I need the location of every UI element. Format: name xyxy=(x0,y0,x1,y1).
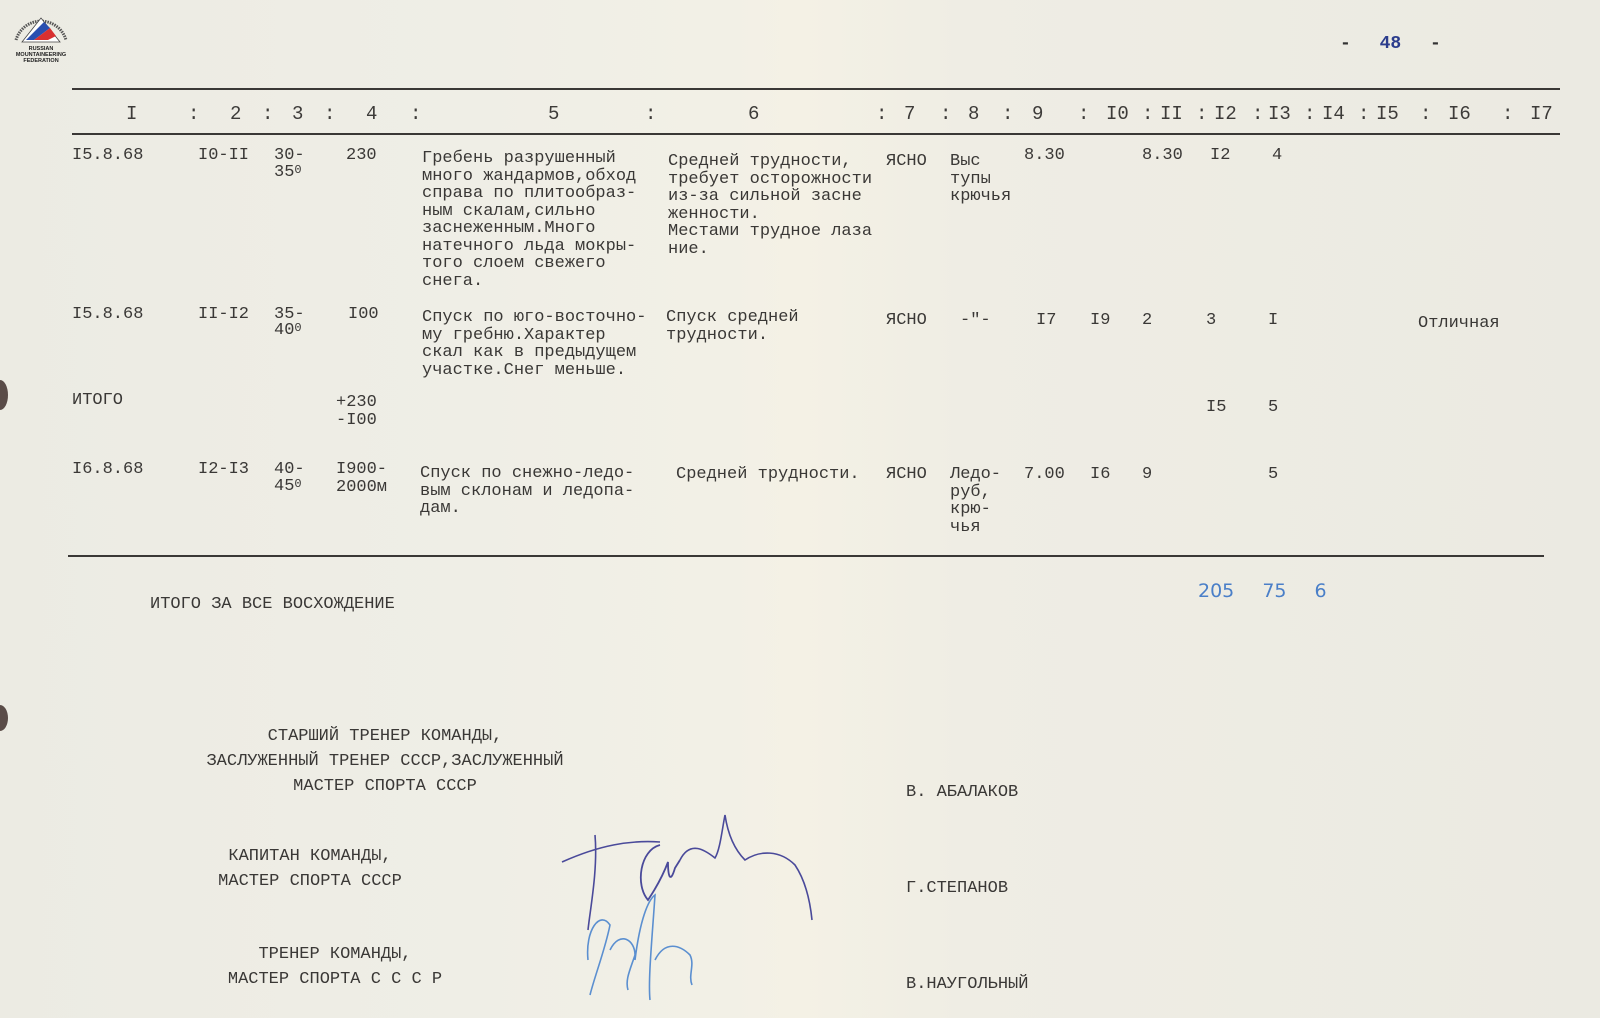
cell-date: I5.8.68 xyxy=(72,147,143,165)
dash: - xyxy=(1340,34,1351,54)
cell-length: 230 xyxy=(346,147,377,165)
grand-total-label: ИТОГО ЗА ВСЕ ВОСХОЖДЕНИЕ xyxy=(150,596,395,614)
col-header: 4 xyxy=(366,103,377,125)
cell-equipment: -"- xyxy=(960,312,991,330)
page-number: - 48 - xyxy=(1340,34,1441,54)
cell-subtotal-label: ИТОГО xyxy=(72,392,123,410)
cell-section: II-I2 xyxy=(198,306,249,324)
federation-logo: RUSSIAN MOUNTAINEERING FEDERATION xyxy=(8,10,74,64)
cell-col9: I7 xyxy=(1036,312,1056,330)
cell-col13: 5 xyxy=(1268,399,1278,417)
cell-col10: I6 xyxy=(1090,466,1110,484)
cell-col12: I5 xyxy=(1206,399,1226,417)
signatory-name: В. АБАЛАКОВ xyxy=(906,780,1018,805)
cell-steepness-top: 30- xyxy=(274,147,305,165)
cell-section: I2-I3 xyxy=(198,461,249,479)
col-header: 8 xyxy=(968,103,979,125)
cell-section: I0-II xyxy=(198,147,249,165)
cell-col12: 3 xyxy=(1206,312,1216,330)
cell-col11: 8.30 xyxy=(1142,147,1183,165)
handwritten-total: 6 xyxy=(1315,580,1327,602)
cell-weather: ЯСНО xyxy=(886,312,927,330)
handwritten-total: 205 xyxy=(1198,580,1234,602)
cell-col11: 9 xyxy=(1142,466,1152,484)
cell-difficulty: Средней трудности, требует осторожности … xyxy=(668,153,872,258)
col-header: I7 xyxy=(1530,103,1553,125)
cell-col13: I xyxy=(1268,312,1278,330)
signatory-title: ТРЕНЕР КОМАНДЫ, МАСТЕР СПОРТА С С С Р xyxy=(220,942,450,992)
cell-steepness-bottom: 450 xyxy=(274,478,302,496)
cell-steepness-bottom: 400 xyxy=(274,322,302,340)
col-header: I xyxy=(126,103,137,125)
col-header: II xyxy=(1160,103,1183,125)
cell-length: +230 -I00 xyxy=(336,394,377,429)
signatory-name: Г.СТЕПАНОВ xyxy=(906,876,1008,901)
page-number-value: 48 xyxy=(1380,34,1402,54)
table-top-rule xyxy=(72,88,1560,90)
cell-date: I5.8.68 xyxy=(72,306,143,324)
signatures-icon xyxy=(540,790,830,1010)
header-bottom-rule xyxy=(72,133,1560,135)
cell-col12: I2 xyxy=(1210,147,1230,165)
handwritten-total: 75 xyxy=(1262,580,1286,602)
cell-col10: I9 xyxy=(1090,312,1110,330)
cell-description: Гребень разрушенный много жандармов,обхо… xyxy=(422,150,636,290)
cell-difficulty: Средней трудности. xyxy=(676,466,860,484)
cell-length: I900- 2000м xyxy=(336,461,387,496)
col-header: 6 xyxy=(748,103,759,125)
cell-description: Спуск по снежно-ледо- вым склонам и ледо… xyxy=(420,465,634,518)
cell-weather: ЯСНО xyxy=(886,466,927,484)
punch-hole xyxy=(0,705,8,731)
cell-difficulty: Спуск средней трудности. xyxy=(666,309,799,344)
cell-date: I6.8.68 xyxy=(72,461,143,479)
col-header: I0 xyxy=(1106,103,1129,125)
cell-description: Спуск по юго-восточно- му гребню.Характе… xyxy=(422,309,646,379)
col-header: 2 xyxy=(230,103,241,125)
mountain-logo-icon xyxy=(8,10,74,50)
cell-col13: 4 xyxy=(1272,147,1282,165)
cell-col16: Отличная xyxy=(1418,315,1500,333)
cell-col9: 8.30 xyxy=(1024,147,1065,165)
cell-length: I00 xyxy=(348,306,379,324)
col-header: I5 xyxy=(1376,103,1399,125)
punch-hole xyxy=(0,380,8,410)
cell-steepness-bottom: 350 xyxy=(274,164,302,182)
dash: - xyxy=(1430,34,1441,54)
col-header: I6 xyxy=(1448,103,1471,125)
cell-equipment: Выс тупы крючья xyxy=(950,153,1011,206)
cell-col13: 5 xyxy=(1268,466,1278,484)
signatory-title: СТАРШИЙ ТРЕНЕР КОМАНДЫ, ЗАСЛУЖЕННЫЙ ТРЕН… xyxy=(195,724,575,799)
col-header: 5 xyxy=(548,103,559,125)
handwritten-totals: 205 75 6 xyxy=(1198,580,1327,602)
cell-col11: 2 xyxy=(1142,312,1152,330)
col-header: I3 xyxy=(1268,103,1291,125)
document-page: RUSSIAN MOUNTAINEERING FEDERATION - 48 -… xyxy=(0,0,1600,1018)
col-header: I2 xyxy=(1214,103,1237,125)
col-header: I4 xyxy=(1322,103,1345,125)
table-bottom-rule xyxy=(68,555,1544,557)
logo-line: FEDERATION xyxy=(8,58,74,64)
col-header: 7 xyxy=(904,103,915,125)
signatory-name: В.НАУГОЛЬНЫЙ xyxy=(906,972,1028,997)
cell-col9: 7.00 xyxy=(1024,466,1065,484)
cell-weather: ЯСНО xyxy=(886,153,927,171)
col-header: 9 xyxy=(1032,103,1043,125)
signatory-title: КАПИТАН КОМАНДЫ, МАСТЕР СПОРТА СССР xyxy=(210,844,410,894)
cell-steepness-top: 40- xyxy=(274,461,305,479)
col-header: 3 xyxy=(292,103,303,125)
cell-equipment: Ледо- руб, крю- чья xyxy=(950,466,1001,536)
